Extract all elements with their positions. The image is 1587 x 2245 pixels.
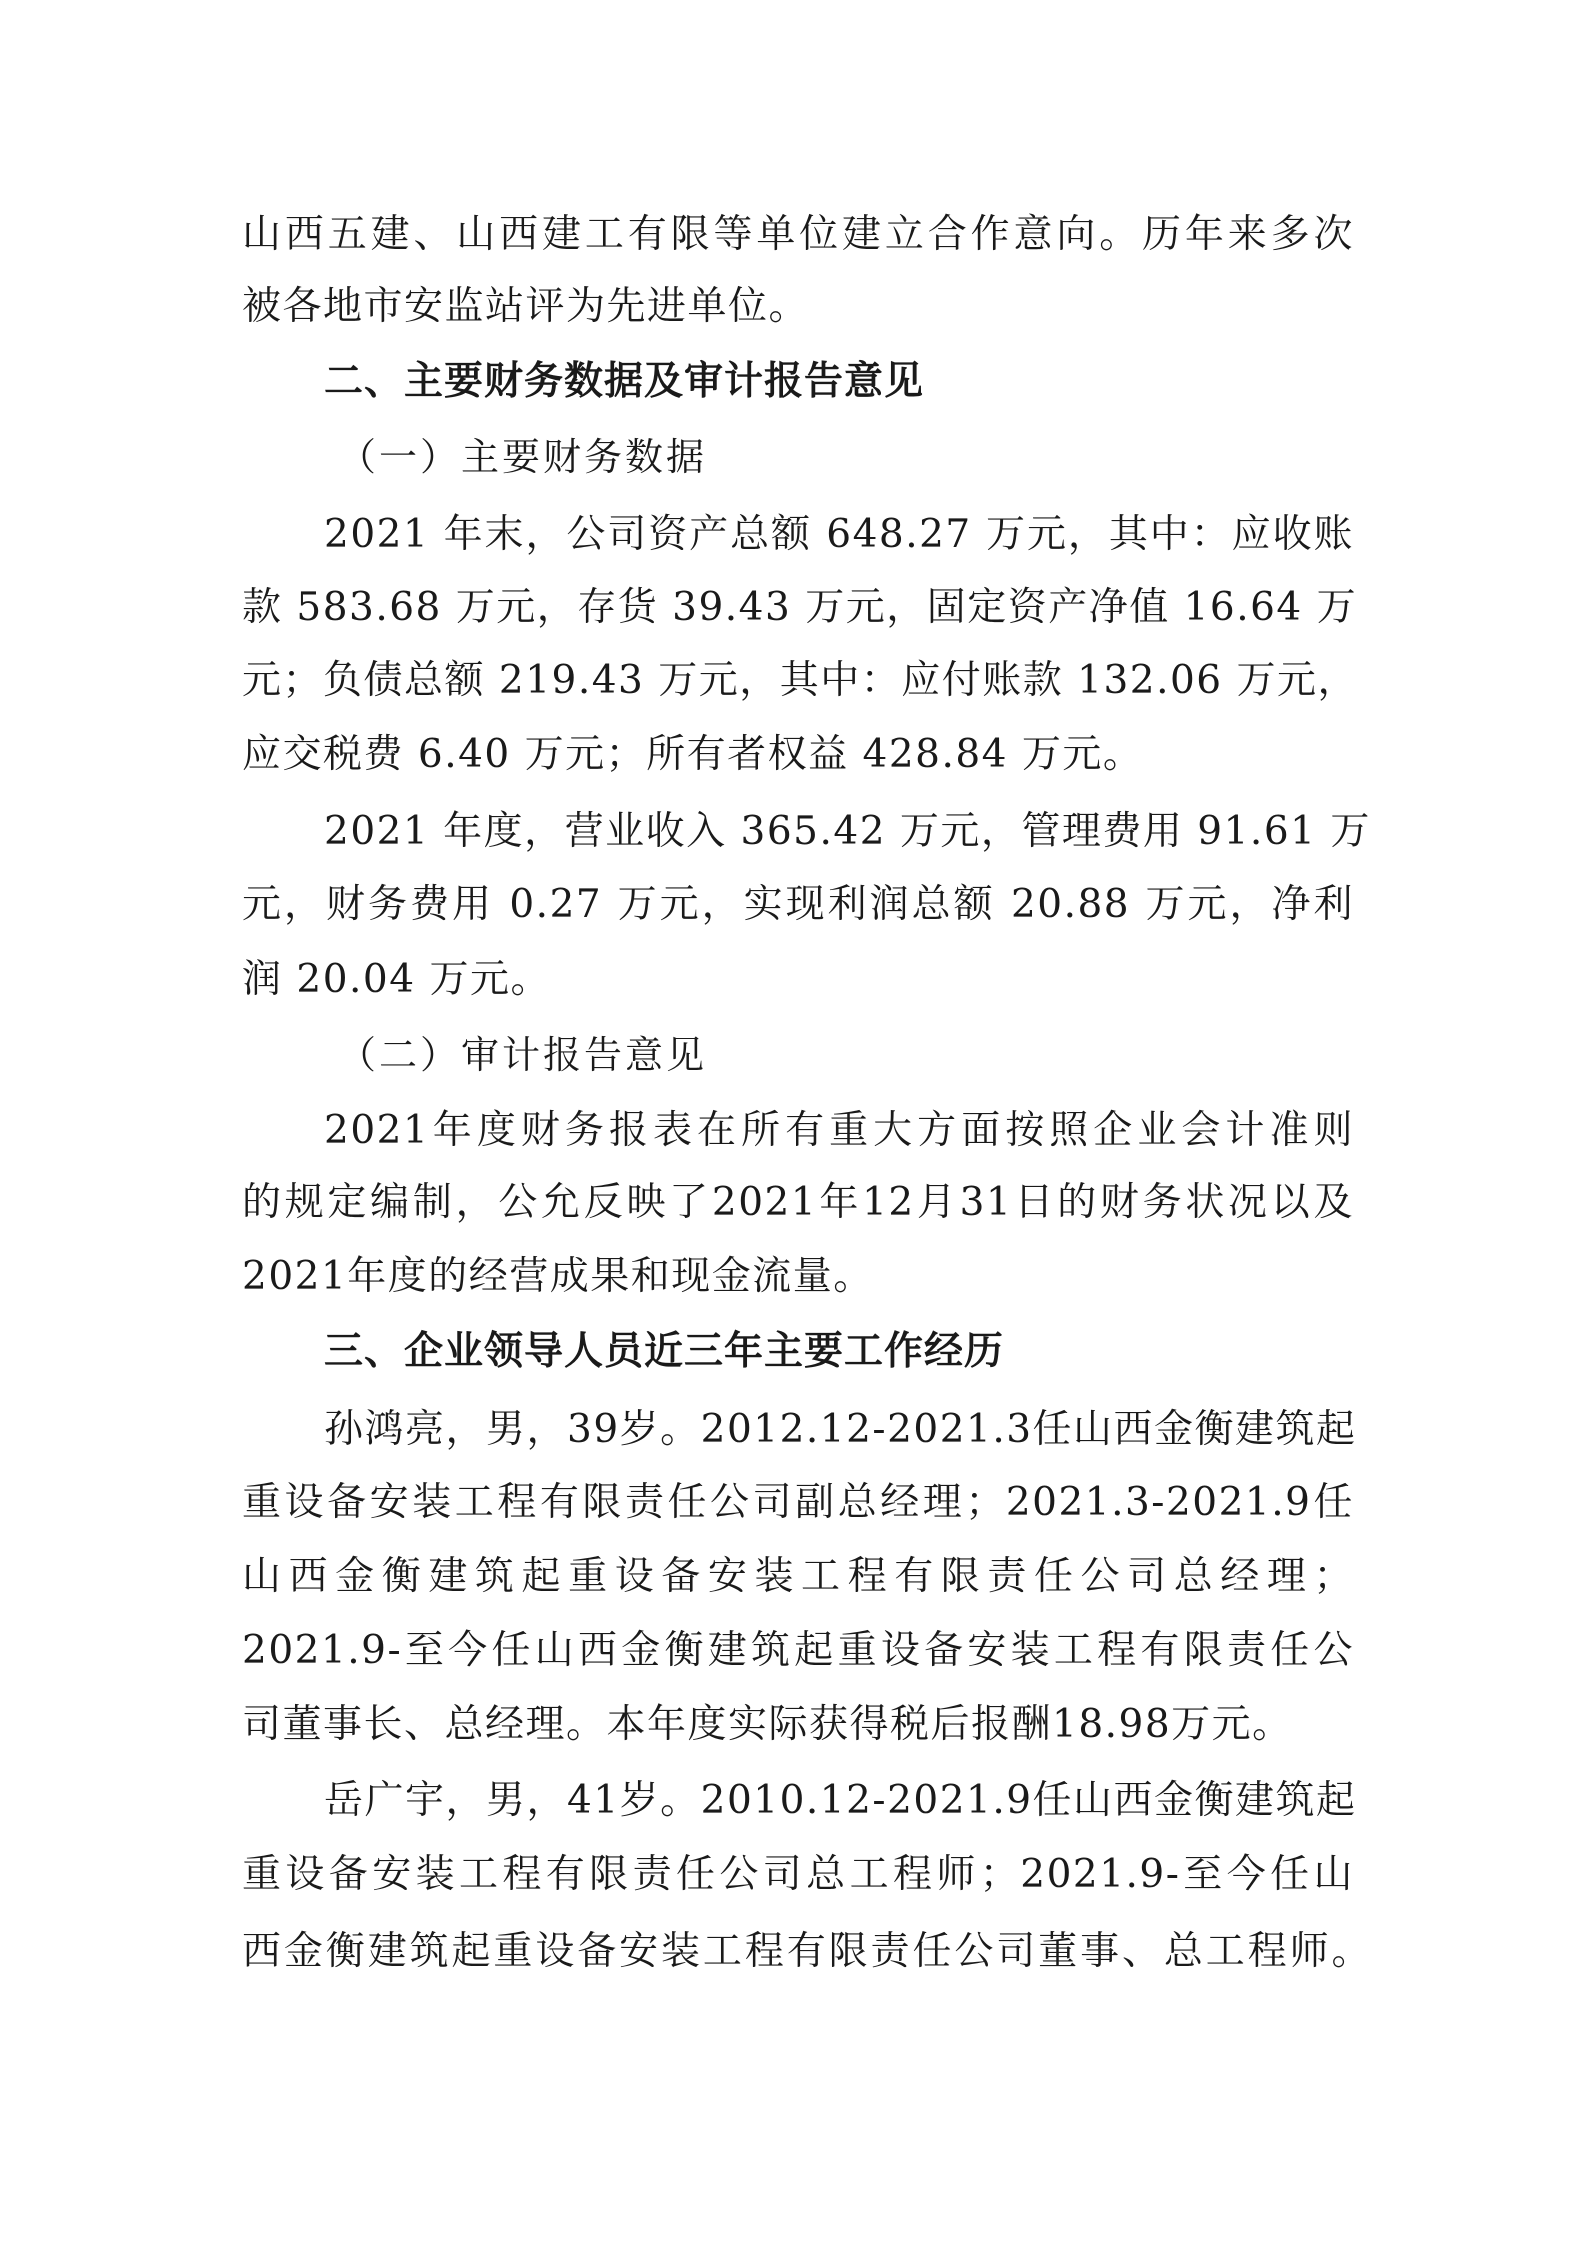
paragraph-line: 应交税费 6.40 万元；所有者权益 428.84 万元。: [242, 725, 1143, 785]
paragraph-line: 元，财务费用 0.27 万元，实现利润总额 20.88 万元，净利: [242, 875, 1354, 935]
paragraph-line: 元；负债总额 219.43 万元，其中：应付账款 132.06 万元，: [242, 651, 1354, 711]
subsection-heading-audit-opinion: （二）审计报告意见: [338, 1025, 707, 1085]
section-heading-leaders: 三、企业领导人员近三年主要工作经历: [324, 1322, 1004, 1382]
subsection-heading-main-financial-data: （一）主要财务数据: [338, 427, 707, 487]
paragraph-line: 被各地市安监站评为先进单位。: [242, 277, 809, 337]
paragraph-line: 司董事长、总经理。本年度实际获得税后报酬18.98万元。: [242, 1695, 1293, 1755]
paragraph-line: 山西五建、山西建工有限等单位建立合作意向。历年来多次: [242, 205, 1354, 265]
section-heading-financials: 二、主要财务数据及审计报告意见: [324, 352, 924, 412]
paragraph-line: 2021年度的经营成果和现金流量。: [242, 1247, 874, 1307]
paragraph-line: 重设备安装工程有限责任公司总工程师；2021.9-至今任山: [242, 1845, 1354, 1905]
paragraph-line: 重设备安装工程有限责任公司副总经理；2021.3-2021.9任: [242, 1473, 1354, 1533]
paragraph-line: 润 20.04 万元。: [242, 950, 551, 1010]
paragraph-line: 孙鸿亮，男，39岁。2012.12-2021.3任山西金衡建筑起: [324, 1400, 1354, 1460]
paragraph-line: 的规定编制，公允反映了2021年12月31日的财务状况以及: [242, 1173, 1354, 1233]
paragraph-line: 款 583.68 万元，存货 39.43 万元，固定资产净值 16.64 万: [242, 578, 1354, 638]
paragraph-line: 2021 年末，公司资产总额 648.27 万元，其中：应收账: [324, 505, 1354, 565]
paragraph-line: 2021 年度，营业收入 365.42 万元，管理费用 91.61 万: [324, 802, 1354, 862]
paragraph-line: 2021年度财务报表在所有重大方面按照企业会计准则: [324, 1101, 1354, 1161]
paragraph-line: 2021.9-至今任山西金衡建筑起重设备安装工程有限责任公: [242, 1621, 1354, 1681]
paragraph-line: 西金衡建筑起重设备安装工程有限责任公司董事、总工程师。: [242, 1922, 1372, 1982]
paragraph-line: 山西金衡建筑起重设备安装工程有限责任公司总经理；: [242, 1547, 1354, 1607]
paragraph-line: 岳广宇，男，41岁。2010.12-2021.9任山西金衡建筑起: [324, 1771, 1354, 1831]
